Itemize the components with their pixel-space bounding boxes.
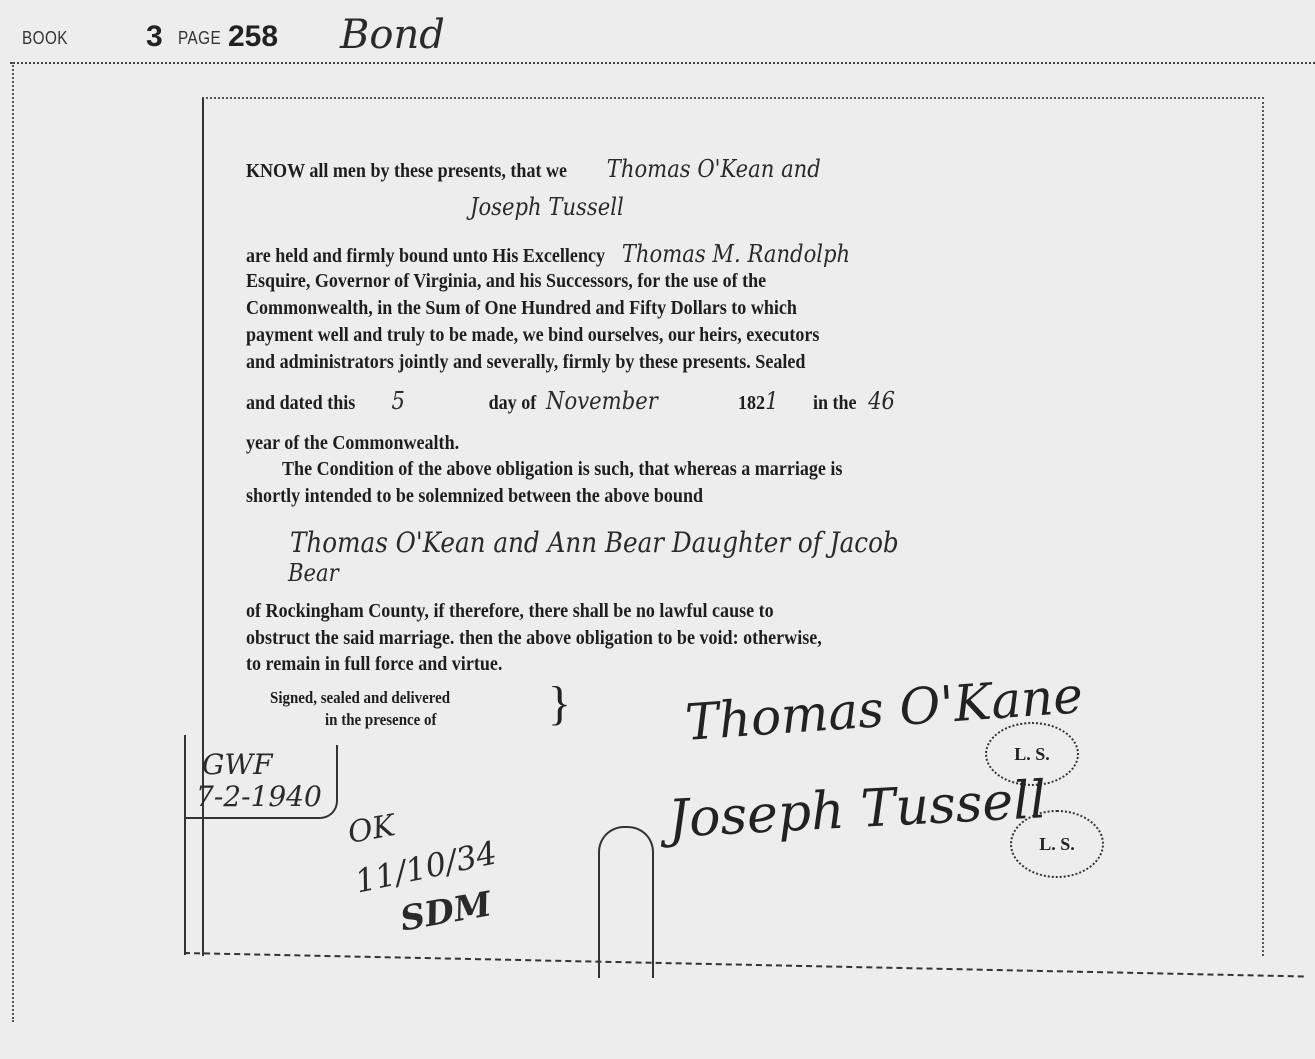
page-number: 258	[228, 20, 278, 54]
year-suffix: 1	[765, 387, 778, 415]
form-line-5: Commonwealth, in the Sum of One Hundred …	[246, 297, 1006, 319]
marriage-parties: Thomas O'Kean and Ann Bear Daughter of J…	[290, 526, 899, 559]
commonwealth-year: 46	[868, 387, 895, 415]
annotation-initials: GWF	[202, 748, 273, 781]
obligor-2: Joseph Tussell	[470, 193, 624, 221]
obligor-1: Thomas O'Kean and	[607, 155, 821, 183]
signed-label-2: in the presence of	[325, 710, 436, 730]
form-line-13: of Rockingham County, if therefore, ther…	[246, 600, 1006, 622]
document-type-handwritten: Bond	[340, 12, 445, 58]
form-line-14: obstruct the said marriage. then the abo…	[246, 627, 1006, 649]
form-line-12b: Bear	[288, 562, 1048, 586]
signed-label-1: Signed, sealed and delivered	[270, 688, 450, 708]
top-rule	[10, 62, 1315, 64]
form-line-3: are held and firmly bound unto His Excel…	[246, 243, 1006, 267]
in-the-label: in the	[813, 392, 857, 414]
opening-text: KNOW all men by these presents, that we	[246, 160, 567, 182]
form-line-12: Thomas O'Kean and Ann Bear Daughter of J…	[290, 532, 1050, 557]
form-line-10: The Condition of the above obligation is…	[282, 458, 1011, 480]
governor-name: Thomas M. Randolph	[622, 240, 850, 268]
form-line-8: and dated this 5 day of November 1821 in…	[246, 390, 1006, 414]
form-line-9: year of the Commonwealth.	[246, 432, 1006, 454]
day-of-label: day of	[489, 392, 537, 414]
form-line-15: to remain in full force and virtue.	[246, 653, 1006, 675]
bound-text: are held and firmly bound unto His Excel…	[246, 245, 605, 267]
month-value: November	[546, 387, 658, 415]
left-rule	[12, 62, 14, 1022]
brace-glyph: }	[548, 680, 571, 728]
marriage-parties-cont: Bear	[288, 559, 339, 587]
form-line-6: payment well and truly to be made, we bi…	[246, 324, 1006, 346]
book-label: BOOK	[22, 28, 68, 49]
paper-tear-mark	[598, 826, 654, 978]
form-line-2: Joseph Tussell	[470, 196, 1230, 220]
form-line-1: KNOW all men by these presents, that we …	[246, 158, 1006, 182]
book-number: 3	[146, 20, 163, 54]
form-line-4: Esquire, Governor of Virginia, and his S…	[246, 270, 1006, 292]
seal-2: L. S.	[1010, 810, 1104, 878]
dated-label: and dated this	[246, 392, 355, 414]
form-line-7: and administrators jointly and severally…	[246, 351, 1006, 373]
year-prefix: 182	[738, 392, 765, 414]
day-value: 5	[391, 387, 404, 415]
page-label: PAGE	[178, 28, 221, 49]
annotation-date: 7-2-1940	[196, 780, 322, 813]
form-line-11: shortly intended to be solemnized betwee…	[246, 485, 1006, 507]
